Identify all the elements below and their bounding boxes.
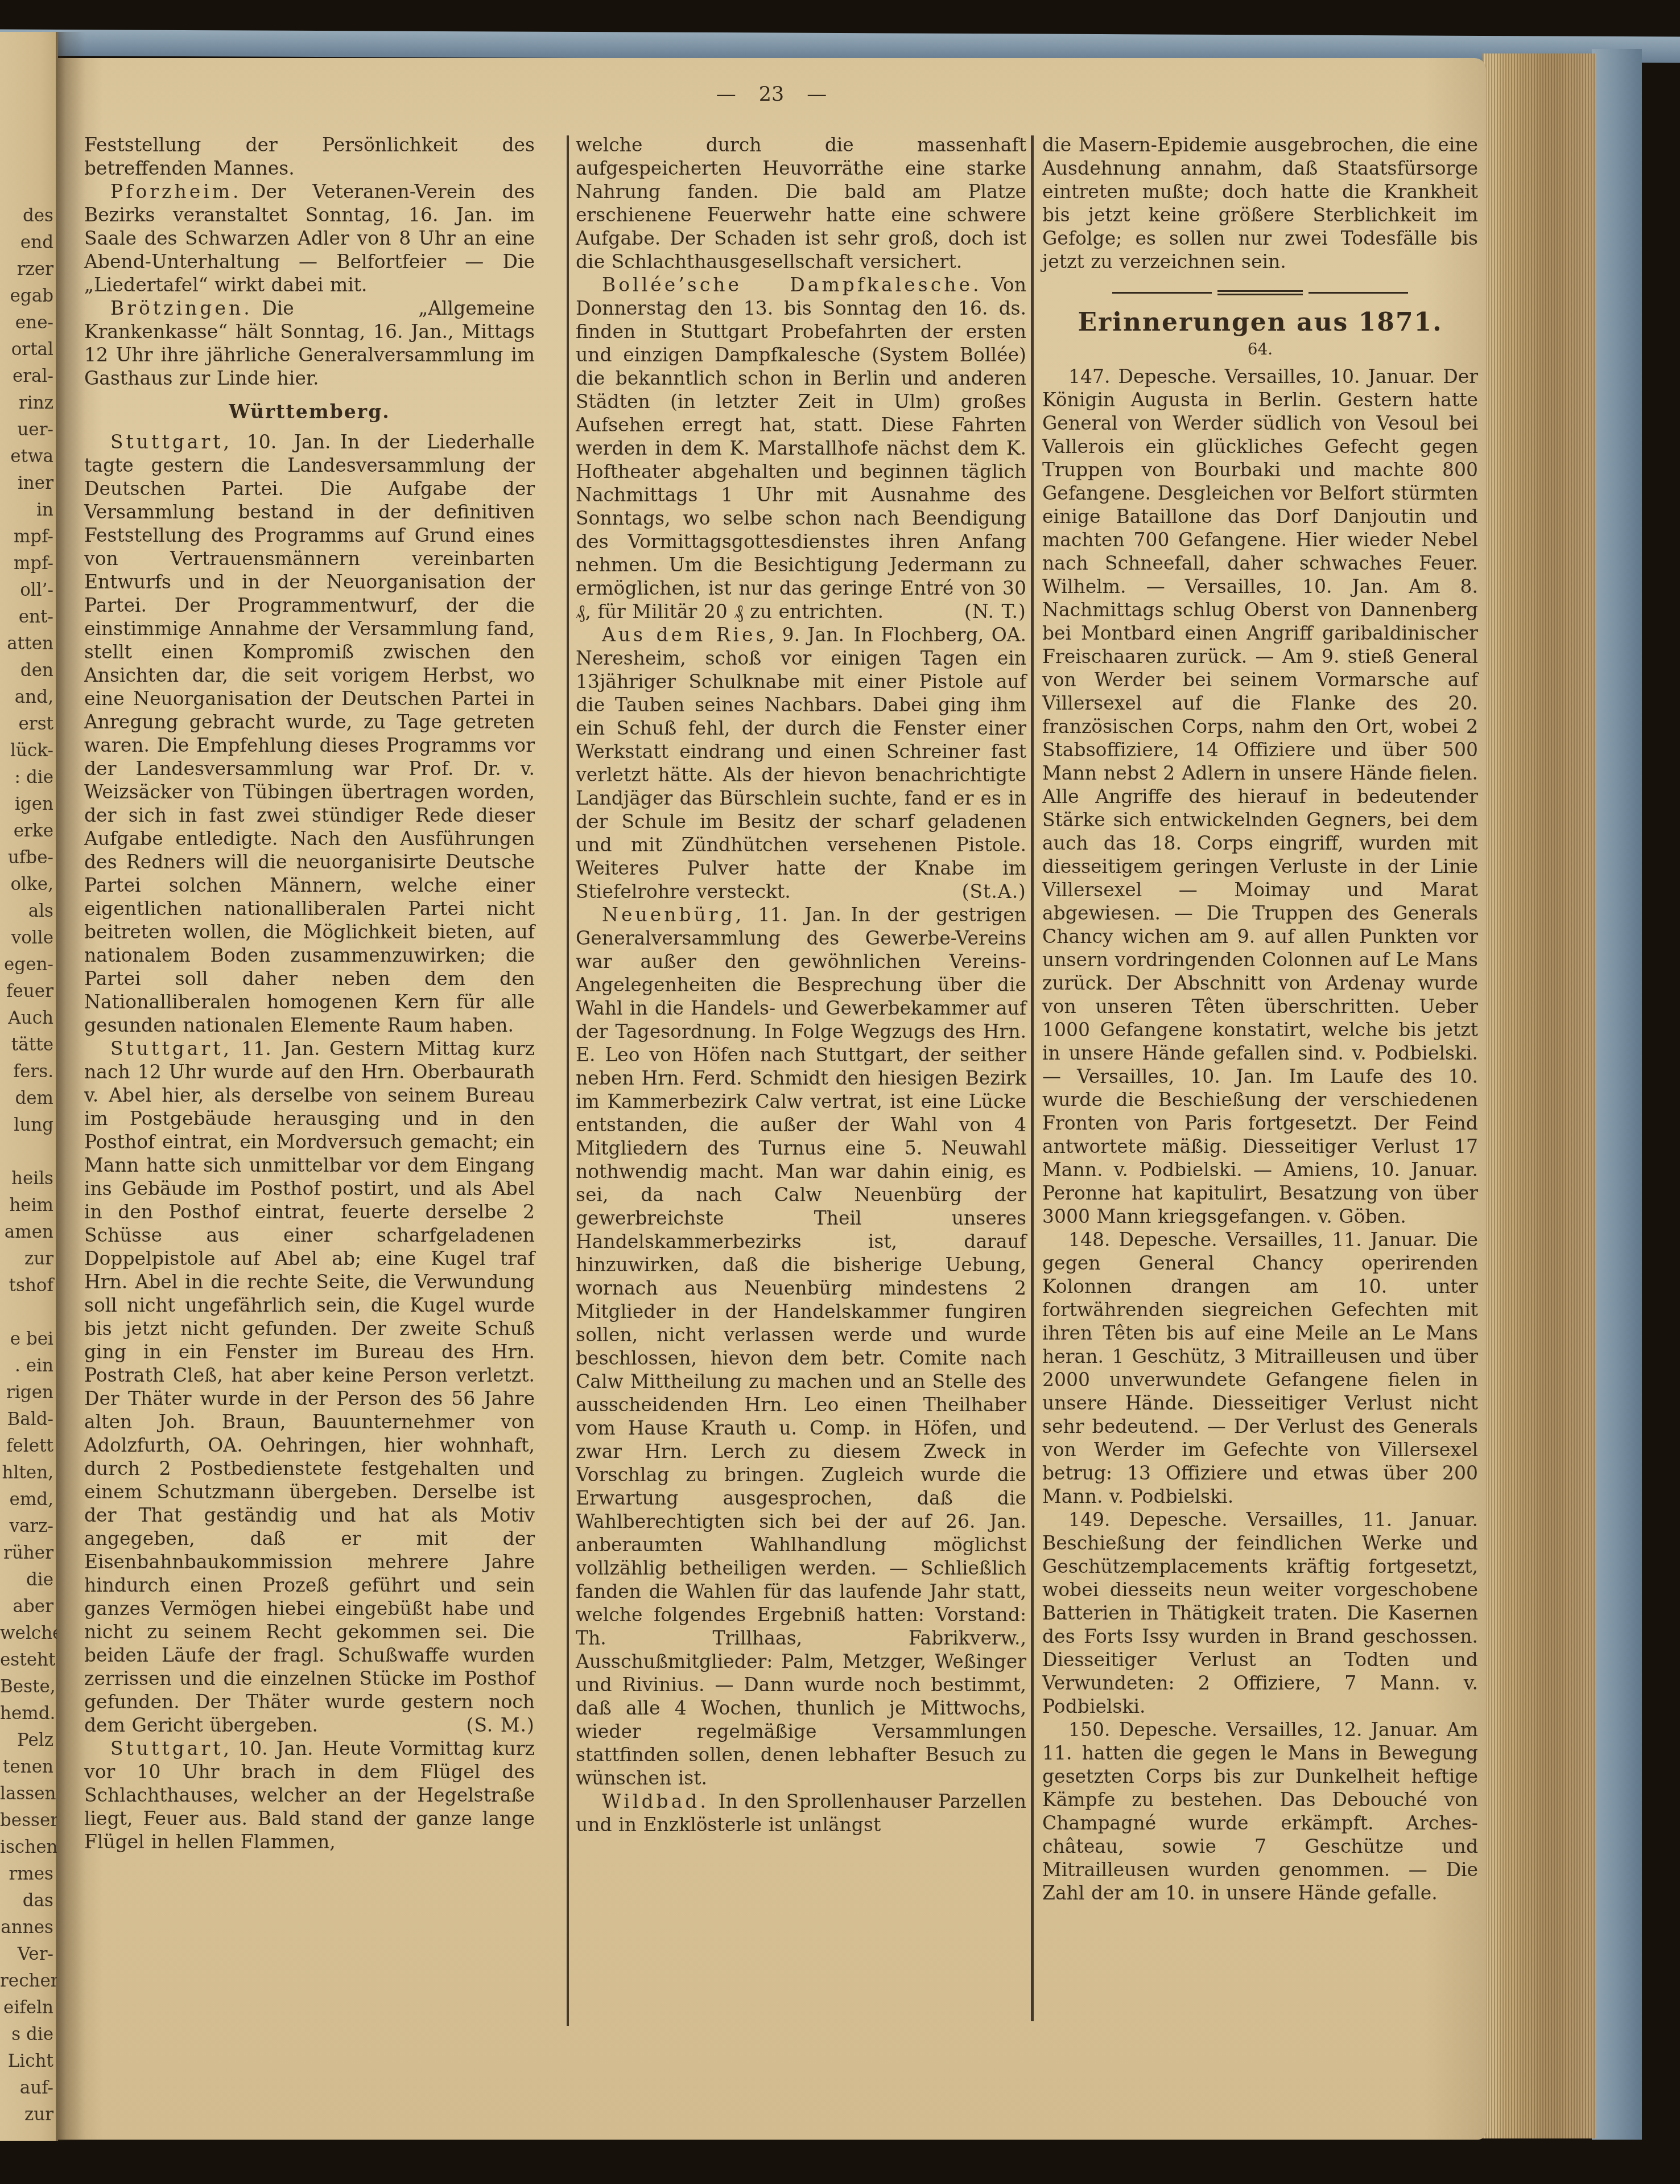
book-cover-right-edge bbox=[1592, 49, 1642, 2140]
facing-page-fragment: varz- bbox=[0, 1513, 58, 1540]
facing-page-edge: desendrzeregabene-ortaleral-rinzuer-etwa… bbox=[0, 32, 58, 2141]
facing-page-fragment: esteht bbox=[0, 1647, 58, 1674]
article-paragraph: Aus dem Ries, 9. Jan. In Flochberg, OA. … bbox=[576, 623, 1026, 903]
facing-page-fragment: als bbox=[0, 898, 58, 925]
facing-page-fragment: olke, bbox=[0, 871, 58, 898]
page-stack-edge bbox=[1483, 53, 1596, 2138]
article-paragraph: Stuttgart, 10. Jan. Heute Vormittag kurz… bbox=[84, 1737, 535, 1853]
facing-page-fragment: lassen bbox=[0, 1781, 58, 1807]
article-paragraph: die Masern-Epidemie ausgebrochen, die ei… bbox=[1042, 133, 1478, 273]
article-paragraph: 149. Depesche. Versailles, 11. Januar. B… bbox=[1042, 1508, 1478, 1718]
facing-page-fragment: Auch bbox=[0, 1005, 58, 1032]
article-paragraph: Stuttgart, 11. Jan. Gestern Mittag kurz … bbox=[84, 1037, 535, 1737]
article-paragraph: Pforzheim. Der Veteranen-Verein des Bezi… bbox=[84, 180, 535, 296]
facing-page-fragment: tätte bbox=[0, 1032, 58, 1058]
facing-page-fragment: atten bbox=[0, 631, 58, 657]
article-dateline: , 10. Jan. bbox=[223, 431, 331, 453]
article-lead: Stuttgart bbox=[110, 431, 223, 453]
facing-page-fragment: dem bbox=[0, 1085, 58, 1112]
facing-page-fragment: ortal bbox=[0, 336, 58, 363]
article-lead: Brötzingen. bbox=[110, 297, 253, 319]
facing-page-fragment: ent- bbox=[0, 604, 58, 631]
facing-page-fragment: rmes bbox=[0, 1861, 58, 1888]
article-paragraph: Stuttgart, 10. Jan. In der Liederhalle t… bbox=[84, 430, 535, 1037]
column-rule bbox=[567, 135, 569, 2026]
facing-page-fragment: annes bbox=[0, 1914, 58, 1941]
article-paragraph: 148. Depesche. Versailles, 11. Januar. D… bbox=[1042, 1228, 1478, 1508]
facing-page-fragment: volle bbox=[0, 925, 58, 951]
article-paragraph: Bollée’sche Dampfkalesche. Von Donnersta… bbox=[576, 273, 1026, 623]
facing-page-fragment: ufbe- bbox=[0, 844, 58, 871]
facing-page-fragment: mpf- bbox=[0, 524, 58, 550]
article-lead: Wildbad. bbox=[602, 1790, 709, 1812]
text-columns: Feststellung der Persönlichkeit des betr… bbox=[84, 133, 1479, 2113]
facing-page-fragment: uer- bbox=[0, 417, 58, 443]
facing-page-fragment: zur bbox=[0, 1246, 58, 1272]
column-3: die Masern-Epidemie ausgebrochen, die ei… bbox=[1042, 133, 1478, 1905]
series-number: 64. bbox=[1042, 340, 1478, 359]
article-dateline: , 11. Jan. bbox=[736, 904, 841, 926]
facing-page-fragment: heim bbox=[0, 1192, 58, 1219]
facing-page-fragment: Beste, bbox=[0, 1674, 58, 1700]
facing-page-fragment: etwa bbox=[0, 443, 58, 470]
article-dateline: , 10. Jan. bbox=[223, 1737, 313, 1759]
article-lead: Stuttgart bbox=[110, 1737, 223, 1759]
facing-page-fragment: amen bbox=[0, 1219, 58, 1246]
facing-page-fragment: hlten, bbox=[0, 1460, 58, 1486]
facing-page-fragment: welche bbox=[0, 1620, 58, 1647]
facing-page-fragment: Pelz bbox=[0, 1727, 58, 1754]
facing-page-fragment: erke bbox=[0, 818, 58, 844]
facing-page-fragment: rechen bbox=[0, 1968, 58, 1995]
facing-page-fragment: rüher bbox=[0, 1540, 58, 1567]
page-number-dash-left: — bbox=[716, 83, 736, 106]
facing-page-fragment: Licht bbox=[0, 2048, 58, 2075]
column-2: welche durch die massenhaft aufgespeiche… bbox=[576, 133, 1026, 1836]
facing-page-fragment: feuer bbox=[0, 978, 58, 1005]
facing-page-fragment: rinz bbox=[0, 390, 58, 417]
article-lead: Neuenbürg bbox=[602, 904, 736, 926]
facing-page-fragment: oll’- bbox=[0, 577, 58, 604]
facing-page-fragment: heils bbox=[0, 1165, 58, 1192]
page-number-value: 23 bbox=[759, 83, 785, 106]
facing-page-fragment: in bbox=[0, 497, 58, 524]
column-rule bbox=[1031, 135, 1034, 2021]
facing-page-fragment: lung bbox=[0, 1112, 58, 1139]
article-paragraph: Brötzingen. Die „Allgemeine Krankenkasse… bbox=[84, 296, 535, 390]
facing-page-fragment: hemd. bbox=[0, 1700, 58, 1727]
facing-page-fragment: den bbox=[0, 657, 58, 684]
source-credit: (St.A.) bbox=[936, 880, 1026, 903]
page-number-dash-right: — bbox=[807, 83, 827, 106]
facing-page-fragments: desendrzeregabene-ortaleral-rinzuer-etwa… bbox=[0, 32, 58, 2128]
page-number: —23— bbox=[57, 83, 1486, 106]
article-paragraph: welche durch die massenhaft aufgespeiche… bbox=[576, 133, 1026, 273]
facing-page-fragment: felett bbox=[0, 1433, 58, 1460]
facing-page-fragment: mpf- bbox=[0, 550, 58, 577]
facing-page-fragment: rigen bbox=[0, 1379, 58, 1406]
facing-page-fragment: egen- bbox=[0, 951, 58, 978]
article-dateline: , 9. Jan. bbox=[769, 624, 844, 646]
facing-page-fragment: tenen bbox=[0, 1754, 58, 1781]
facing-page-fragment: Bald- bbox=[0, 1406, 58, 1433]
facing-page-fragment: s die bbox=[0, 2021, 58, 2048]
source-credit: (S. M.) bbox=[440, 1713, 535, 1737]
section-heading: Württemberg. bbox=[84, 400, 535, 423]
article-lead: Aus dem Ries bbox=[602, 624, 769, 646]
article-paragraph: Wildbad. In den Sprollenhauser Parzellen… bbox=[576, 1790, 1026, 1836]
facing-page-fragment: ene- bbox=[0, 310, 58, 336]
facing-page-fragment: zur bbox=[0, 2101, 58, 2128]
article-lead: Pforzheim. bbox=[110, 180, 242, 203]
article-paragraph: 150. Depesche. Versailles, 12. Januar. A… bbox=[1042, 1718, 1478, 1905]
facing-page-fragment: eral- bbox=[0, 363, 58, 390]
facing-page-fragment: ischen bbox=[0, 1834, 58, 1861]
article-paragraph: 147. Depesche. Versailles, 10. Januar. D… bbox=[1042, 365, 1478, 1228]
facing-page-fragment: des bbox=[0, 203, 58, 229]
facing-page-fragment: and, bbox=[0, 684, 58, 711]
article-paragraph: Feststellung der Persönlichkeit des betr… bbox=[84, 133, 535, 180]
column-1: Feststellung der Persönlichkeit des betr… bbox=[84, 133, 535, 1853]
facing-page-fragment: eifeln bbox=[0, 1995, 58, 2021]
facing-page-fragment: das bbox=[0, 1888, 58, 1914]
article-paragraph: Neuenbürg, 11. Jan. In der gestrigen Gen… bbox=[576, 903, 1026, 1790]
facing-page-fragment: egab bbox=[0, 283, 58, 310]
facing-page-fragment: emd, bbox=[0, 1486, 58, 1513]
facing-page-fragment: Ver- bbox=[0, 1941, 58, 1968]
source-credit: (N. T.) bbox=[938, 600, 1026, 623]
newspaper-page: —23— Feststellung der Persönlichkeit des… bbox=[57, 58, 1486, 2140]
article-lead: Bollée’sche Dampfkalesche. bbox=[602, 274, 982, 296]
facing-page-fragment: besser bbox=[0, 1807, 58, 1834]
series-heading: Erinnerungen aus 1871. bbox=[1042, 308, 1478, 337]
facing-page-fragment: erst bbox=[0, 711, 58, 737]
facing-page-fragment: . ein bbox=[0, 1353, 58, 1379]
facing-page-fragment: end bbox=[0, 229, 58, 256]
facing-page-fragment: e bei bbox=[0, 1326, 58, 1353]
facing-page-fragment: lück- bbox=[0, 737, 58, 764]
facing-page-fragment: igen bbox=[0, 791, 58, 818]
decorative-rule bbox=[1112, 290, 1408, 295]
article-dateline: , 11. Jan. bbox=[223, 1037, 320, 1060]
facing-page-fragment: : die bbox=[0, 764, 58, 791]
facing-page-fragment: auf- bbox=[0, 2075, 58, 2101]
facing-page-fragment: rzer bbox=[0, 256, 58, 283]
facing-page-fragment: fers. bbox=[0, 1058, 58, 1085]
facing-page-fragment: iner bbox=[0, 470, 58, 497]
facing-page-fragment: tshof bbox=[0, 1272, 58, 1299]
facing-page-fragment: die bbox=[0, 1567, 58, 1593]
facing-page-fragment: aber bbox=[0, 1593, 58, 1620]
article-lead: Stuttgart bbox=[110, 1037, 223, 1060]
